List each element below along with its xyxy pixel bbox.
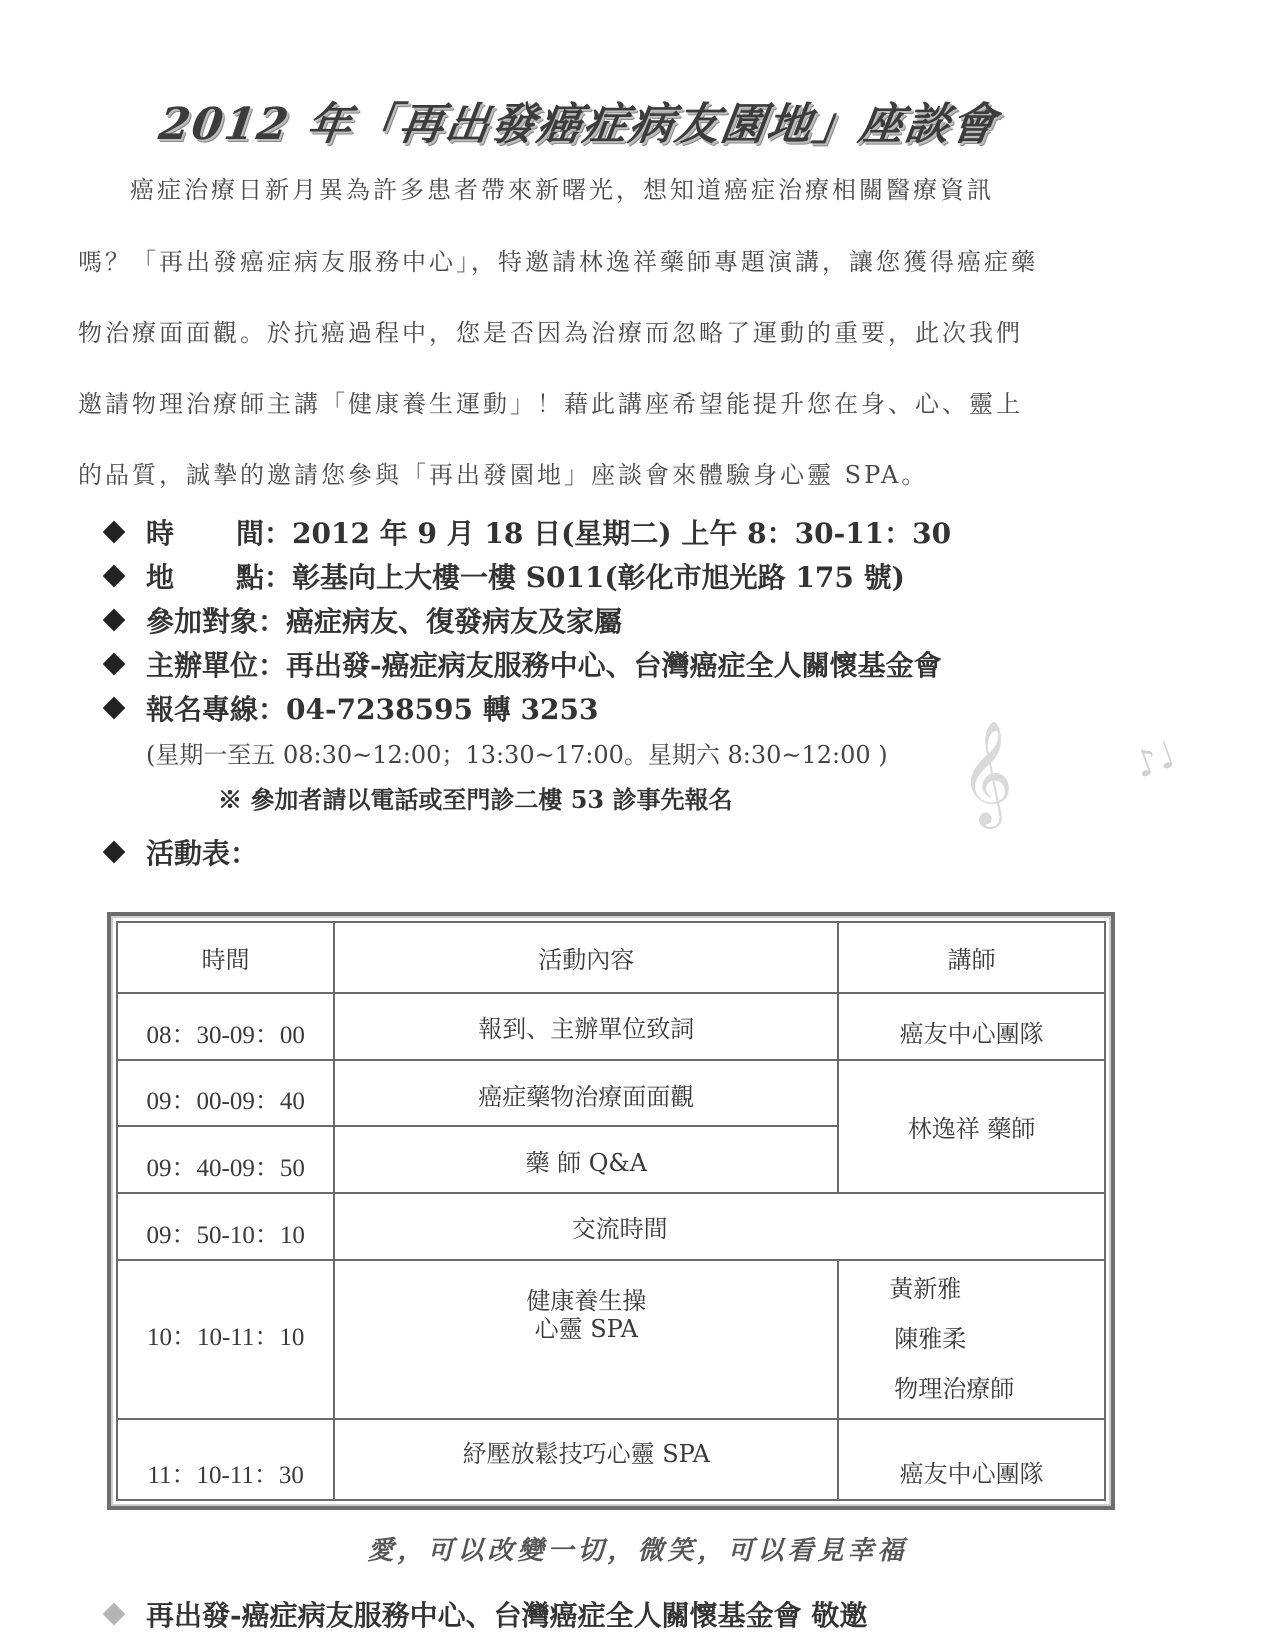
- detail-label: 地點: [146, 556, 264, 596]
- table-row: 10：10-11：10 健康養生操 心靈 SPA 黃新雅 陳雅柔 物理治療師: [117, 1260, 1105, 1419]
- diamond-bullet-icon: [103, 565, 126, 588]
- time-cell: 10：10-11：10: [117, 1260, 334, 1419]
- intro-line-3: 物治療面面觀。於抗癌過程中，您是否因為治療而忽略了運動的重要，此次我們: [78, 313, 1078, 348]
- footer-text: 再出發-癌症病友服務中心、台灣癌症全人關懷基金會 敬邀: [146, 1594, 867, 1634]
- activity-cell: 交流時間: [334, 1193, 1105, 1260]
- detail-value: 04-7238595 轉 3253: [286, 688, 598, 728]
- activity-cell: 藥 師 Q&A: [334, 1126, 838, 1193]
- detail-value: 彰基向上大樓一樓 S011(彰化市旭光路 175 號): [292, 556, 905, 596]
- separator: ：: [258, 644, 286, 684]
- column-header-time: 時間: [117, 922, 334, 993]
- table-row: 08：30-09：00 報到、主辦單位致詞 癌友中心團隊: [117, 993, 1105, 1060]
- time-cell: 08：30-09：00: [117, 993, 334, 1060]
- detail-audience: 參加對象 ： 癌症病友、復發病友及家屬: [106, 600, 622, 640]
- diamond-bullet-icon: [103, 697, 126, 720]
- schedule-heading: 活動表：: [106, 832, 258, 872]
- column-header-speaker: 講師: [838, 922, 1105, 993]
- speaker-cell: 癌友中心團隊: [838, 993, 1105, 1060]
- speaker-line: 陳雅柔: [839, 1314, 1104, 1364]
- detail-value: 癌症病友、復發病友及家屬: [286, 600, 622, 640]
- detail-label: 主辦單位: [146, 644, 258, 684]
- time-cell: 09：40-09：50: [117, 1126, 334, 1193]
- separator: ：: [258, 600, 286, 640]
- activity-line: 心靈 SPA: [335, 1315, 837, 1343]
- hours-note: (星期一至五 08:30~12:00；13:30~17:00。星期六 8:30~…: [146, 735, 888, 770]
- document-title: 2012 年「再出發癌症病友園地」座談會: [156, 88, 1065, 152]
- activity-cell: 癌症藥物治療面面觀: [334, 1060, 838, 1127]
- table-row: 11：10-11：30 紓壓放鬆技巧心靈 SPA 癌友中心團隊: [117, 1419, 1105, 1500]
- speaker-cell: 林逸祥 藥師: [838, 1060, 1105, 1194]
- detail-label: 參加對象: [146, 600, 258, 640]
- detail-label: 時間: [146, 512, 264, 552]
- diamond-bullet-icon: [103, 609, 126, 632]
- time-cell: 09：00-09：40: [117, 1060, 334, 1127]
- intro-line-2: 嗎？「再出發癌症病友服務中心」，特邀請林逸祥藥師專題演講，讓您獲得癌症藥: [78, 242, 1078, 277]
- detail-organizer: 主辦單位 ： 再出發-癌症病友服務中心、台灣癌症全人關懷基金會: [106, 644, 942, 684]
- speaker-cell: 黃新雅 陳雅柔 物理治療師: [838, 1260, 1105, 1419]
- separator: ：: [258, 688, 286, 728]
- diamond-bullet-icon: [103, 841, 126, 864]
- speaker-line: 物理治療師: [839, 1364, 1104, 1414]
- music-notes-icon: ♪♩: [1129, 734, 1181, 786]
- time-cell: 09：50-10：10: [117, 1193, 334, 1260]
- diamond-bullet-icon: [103, 1603, 126, 1626]
- detail-hotline: 報名專線 ： 04-7238595 轉 3253: [106, 688, 598, 728]
- speaker-cell: 癌友中心團隊: [838, 1419, 1105, 1500]
- intro-line-5: 的品質，誠摯的邀請您參與「再出發園地」座談會來體驗身心靈 SPA。: [78, 455, 1078, 490]
- table-header-row: 時間 活動內容 講師: [117, 922, 1105, 993]
- table-row: 09：00-09：40 癌症藥物治療面面觀 林逸祥 藥師: [117, 1060, 1105, 1127]
- speaker-line: 黃新雅: [839, 1264, 1104, 1314]
- schedule-heading-text: 活動表：: [146, 832, 258, 872]
- activity-cell: 報到、主辦單位致詞: [334, 993, 838, 1060]
- detail-value: 再出發-癌症病友服務中心、台灣癌症全人關懷基金會: [286, 644, 942, 684]
- footer-invitation: 再出發-癌症病友服務中心、台灣癌症全人關懷基金會 敬邀: [106, 1594, 867, 1634]
- detail-location: 地點 ： 彰基向上大樓一樓 S011(彰化市旭光路 175 號): [106, 556, 905, 596]
- detail-value: 2012 年 9 月 18 日(星期二) 上午 8：30-11：30: [292, 512, 951, 552]
- activity-line: 健康養生操: [335, 1287, 837, 1315]
- table-row: 09：50-10：10 交流時間: [117, 1193, 1105, 1260]
- treble-clef-icon: 𝄞: [960, 720, 1013, 826]
- diamond-bullet-icon: [103, 653, 126, 676]
- time-cell: 11：10-11：30: [117, 1419, 334, 1500]
- activity-cell: 健康養生操 心靈 SPA: [334, 1260, 838, 1419]
- detail-time: 時間 ： 2012 年 9 月 18 日(星期二) 上午 8：30-11：30: [106, 512, 951, 552]
- column-header-activity: 活動內容: [334, 922, 838, 993]
- separator: ：: [264, 512, 292, 552]
- intro-line-1: 癌症治療日新月異為許多患者帶來新曙光，想知道癌症治療相關醫療資訊: [78, 170, 1130, 205]
- activity-cell: 紓壓放鬆技巧心靈 SPA: [334, 1419, 838, 1500]
- intro-line-4: 邀請物理治療師主講「健康養生運動」！藉此講座希望能提升您在身、心、靈上: [78, 384, 1078, 419]
- separator: ：: [264, 556, 292, 596]
- diamond-bullet-icon: [103, 521, 126, 544]
- schedule-table: 時間 活動內容 講師 08：30-09：00 報到、主辦單位致詞 癌友中心團隊 …: [107, 912, 1115, 1510]
- motto: 愛，可以改變一切，微笑，可以看見幸福: [0, 1530, 1275, 1567]
- registration-note: ※ 參加者請以電話或至門診二樓 53 診事先報名: [218, 780, 732, 815]
- detail-label: 報名專線: [146, 688, 258, 728]
